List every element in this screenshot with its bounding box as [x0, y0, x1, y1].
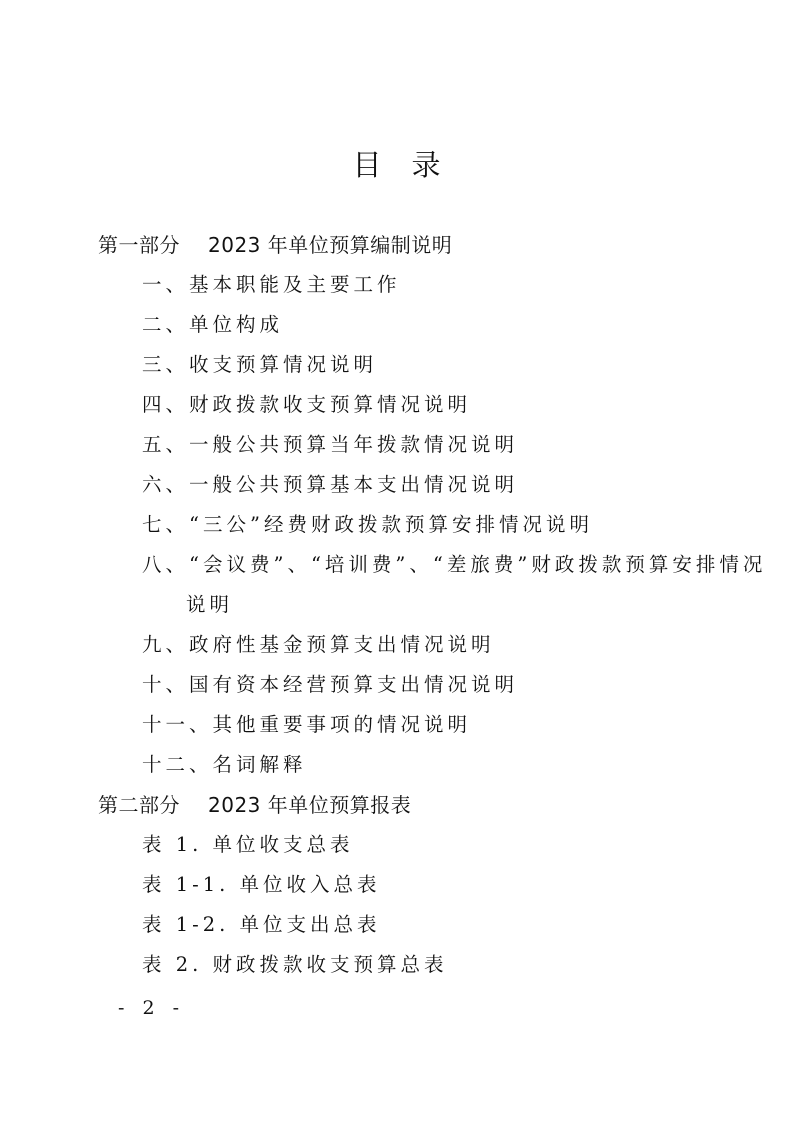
toc-item: 十二、名词解释: [142, 753, 307, 777]
toc-item: 七、“三公”经费财政拨款预算安排情况说明: [142, 513, 593, 537]
part2-heading: 第二部分2023 年单位预算报表: [98, 793, 411, 817]
toc-item: 表 1-1. 单位收入总表: [142, 873, 381, 897]
toc-item: 十、国有资本经营预算支出情况说明: [142, 673, 518, 697]
toc-item: 九、政府性基金预算支出情况说明: [142, 633, 495, 657]
toc-item: 表 2. 财政拨款收支预算总表: [142, 953, 448, 977]
toc-item: 十一、其他重要事项的情况说明: [142, 713, 471, 737]
toc-item-continuation: 说明: [186, 593, 233, 617]
part1-title: 2023 年单位预算编制说明: [208, 233, 452, 257]
toc-item: 五、一般公共预算当年拨款情况说明: [142, 433, 518, 457]
part1-label: 第一部分: [98, 233, 180, 257]
part2-label: 第二部分: [98, 793, 180, 817]
toc-item: 表 1-2. 单位支出总表: [142, 913, 381, 937]
page-number: - 2 -: [118, 997, 185, 1019]
toc-item: 四、财政拨款收支预算情况说明: [142, 393, 471, 417]
toc-item: 六、一般公共预算基本支出情况说明: [142, 473, 518, 497]
toc-title: 目录: [0, 143, 793, 184]
toc-item: 表 1. 单位收支总表: [142, 833, 354, 857]
part1-heading: 第一部分2023 年单位预算编制说明: [98, 233, 452, 257]
toc-item: 二、单位构成: [142, 313, 283, 337]
toc-item: 三、收支预算情况说明: [142, 353, 377, 377]
part2-title: 2023 年单位预算报表: [208, 793, 411, 817]
toc-item: 一、基本职能及主要工作: [142, 273, 401, 297]
toc-item: 八、“会议费”、“培训费”、“差旅费”财政拨款预算安排情况: [142, 553, 766, 577]
